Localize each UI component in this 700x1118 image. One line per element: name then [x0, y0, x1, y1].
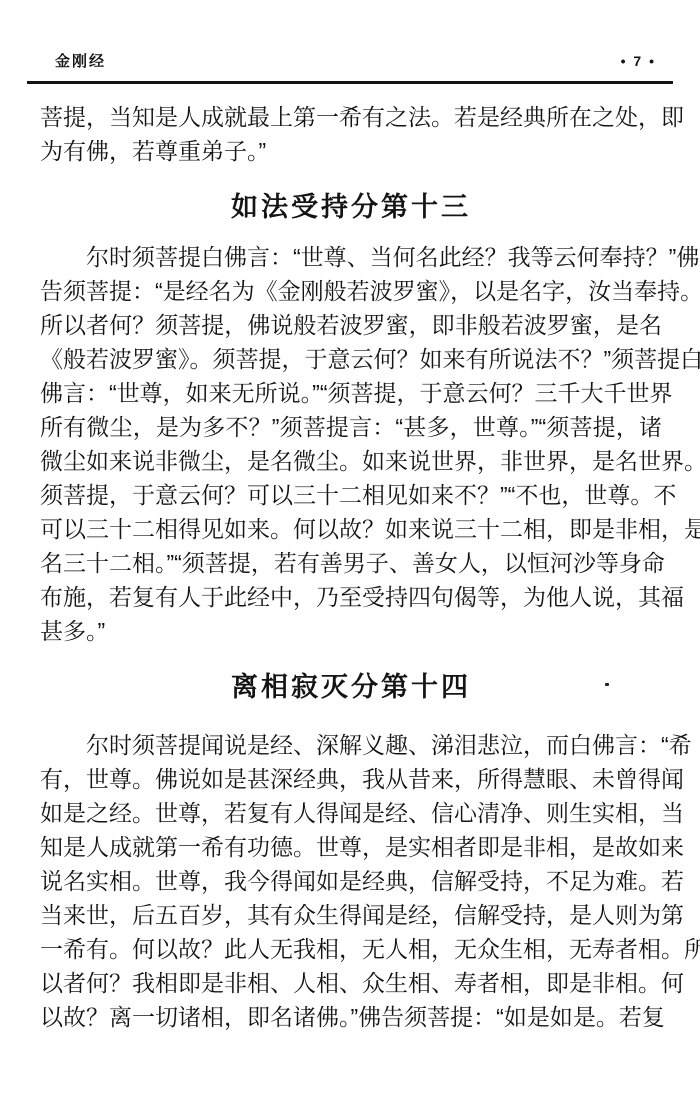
text-line: 所有微尘，是为多不？”须菩提言：“甚多，世尊。”“须菩提，诸 [40, 410, 662, 444]
text-line: 甚多。” [40, 614, 662, 648]
text-line: 为有佛，若尊重弟子。” [40, 134, 662, 168]
text-line: 以者何？我相即是非相、人相、众生相、寿者相，即是非相。何 [40, 966, 662, 1000]
text-line: 名三十二相。”“须菩提，若有善男子、善女人，以恒河沙等身命 [40, 546, 662, 580]
scan-artifact-dot [605, 683, 609, 686]
text-line: 一希有。何以故？此人无我相，无人相，无众生相，无寿者相。所 [40, 932, 662, 966]
book-page: 金刚经 • 7 • 菩提，当知是人成就最上第一希有之法。若是经典所在之处，即 为… [0, 0, 700, 1118]
text-line: 布施，若复有人于此经中，乃至受持四句偈等，为他人说，其福 [40, 580, 662, 614]
text-line: 如是之经。世尊，若复有人得闻是经、信心清净、则生实相，当 [40, 796, 662, 830]
text-line: 佛言：“世尊，如来无所说。”“须菩提，于意云何？三千大千世界 [40, 376, 662, 410]
text-line: 告须菩提：“是经名为《金刚般若波罗蜜》，以是名字，汝当奉持。 [40, 274, 662, 308]
section-heading-chapter-14: 离相寂灭分第十四 [40, 670, 662, 704]
text-line: 说名实相。世尊，我今得闻如是经典，信解受持，不足为难。若 [40, 864, 662, 898]
section-heading-chapter-13: 如法受持分第十三 [40, 190, 662, 224]
text-line: 当来世，后五百岁，其有众生得闻是经，信解受持，是人则为第 [40, 898, 662, 932]
page-body: 菩提，当知是人成就最上第一希有之法。若是经典所在之处，即 为有佛，若尊重弟子。”… [40, 100, 662, 1034]
text-line: 所以者何？须菩提，佛说般若波罗蜜，即非般若波罗蜜，是名 [40, 308, 662, 342]
paragraph-chapter-14: 尔时须菩提闻说是经、深解义趣、涕泪悲泣，而白佛言：“希 有，世尊。佛说如是甚深经… [40, 728, 662, 1034]
page-number: • 7 • [621, 53, 656, 69]
book-title: 金刚经 [55, 50, 106, 71]
text-line: 以故？离一切诸相，即名诸佛。”佛告须菩提：“如是如是。若复 [40, 1000, 662, 1034]
paragraph-continuation: 菩提，当知是人成就最上第一希有之法。若是经典所在之处，即 为有佛，若尊重弟子。” [40, 100, 662, 168]
text-line: 尔时须菩提闻说是经、深解义趣、涕泪悲泣，而白佛言：“希 [40, 728, 662, 762]
text-line: 尔时须菩提白佛言：“世尊、当何名此经？我等云何奉持？”佛 [40, 240, 662, 274]
running-header: 金刚经 • 7 • [55, 50, 656, 71]
text-line: 有，世尊。佛说如是甚深经典，我从昔来，所得慧眼、未曾得闻 [40, 762, 662, 796]
text-line: 《般若波罗蜜》。须菩提，于意云何？如来有所说法不？”须菩提白 [40, 342, 662, 376]
header-rule [27, 81, 673, 84]
paragraph-chapter-13: 尔时须菩提白佛言：“世尊、当何名此经？我等云何奉持？”佛 告须菩提：“是经名为《… [40, 240, 662, 648]
text-line: 菩提，当知是人成就最上第一希有之法。若是经典所在之处，即 [40, 100, 662, 134]
text-line: 微尘如来说非微尘，是名微尘。如来说世界，非世界，是名世界。 [40, 444, 662, 478]
text-line: 知是人成就第一希有功德。世尊，是实相者即是非相，是故如来 [40, 830, 662, 864]
text-line: 可以三十二相得见如来。何以故？如来说三十二相，即是非相，是 [40, 512, 662, 546]
text-line: 须菩提，于意云何？可以三十二相见如来不？”“不也，世尊。不 [40, 478, 662, 512]
